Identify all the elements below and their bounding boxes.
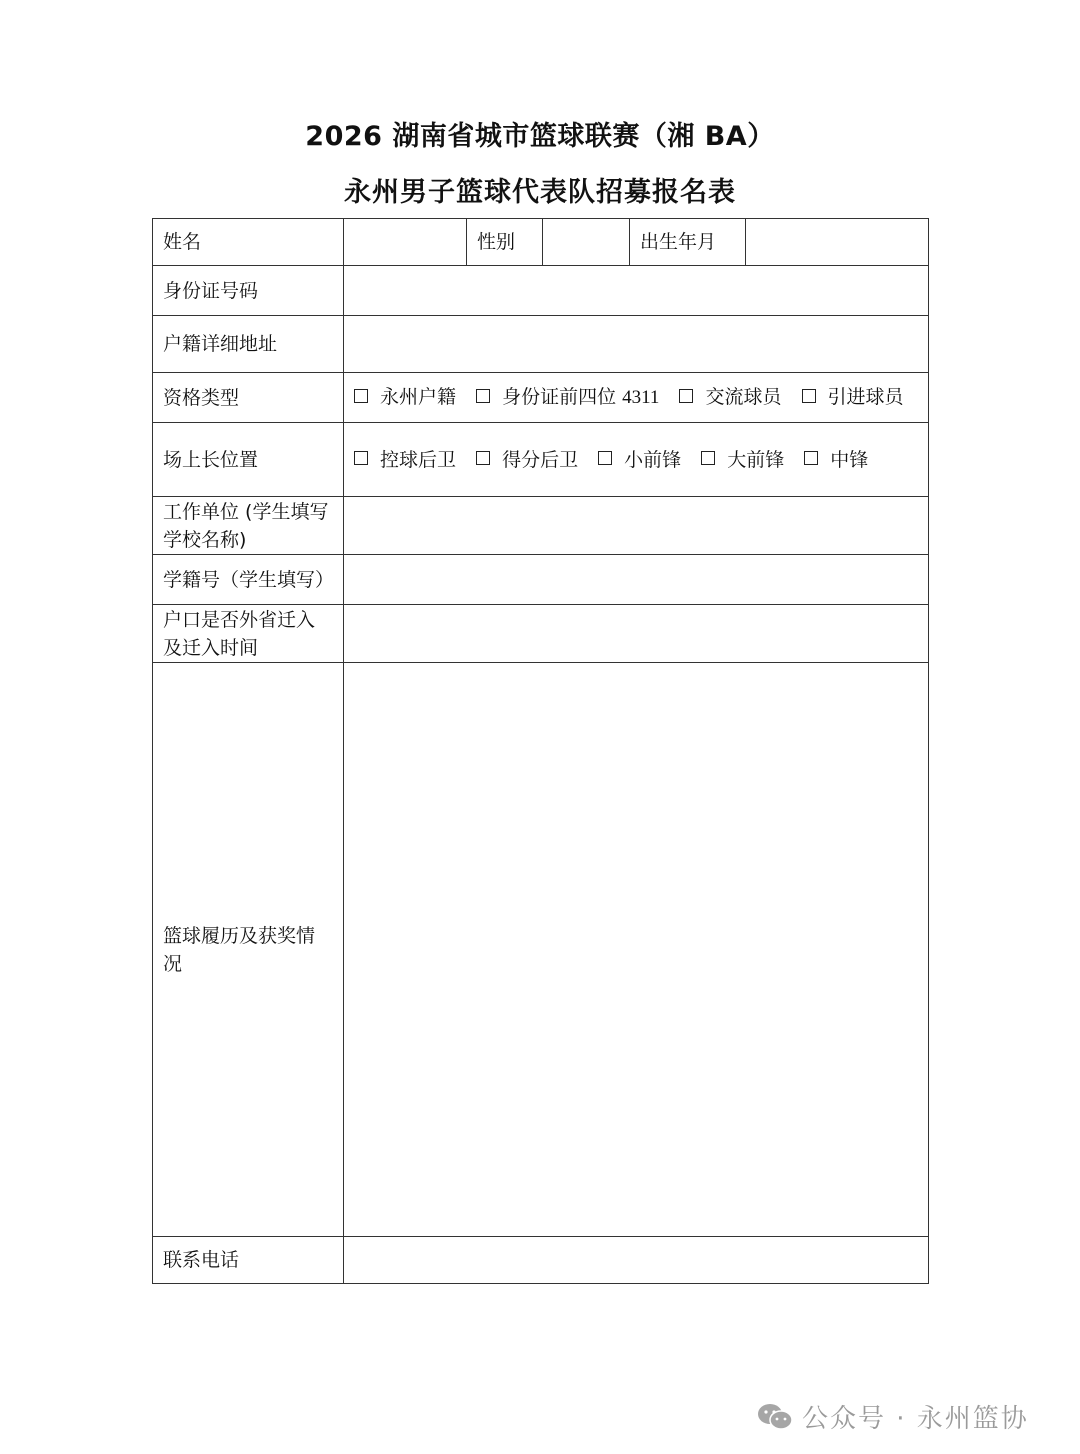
name-field[interactable] [344, 219, 467, 266]
checkbox-icon[interactable] [701, 451, 715, 465]
document-subtitle: 永州男子篮球代表队招募报名表 [0, 170, 1080, 209]
wechat-icon [756, 1402, 794, 1432]
form-row-hukou: 户口是否外省迁入及迁入时间 [153, 605, 929, 663]
registration-form: 姓名 性别 出生年月 身份证号码 户籍详细地址 资格类型 永州户籍 身份证前四位… [152, 218, 929, 1284]
gender-field[interactable] [543, 219, 630, 266]
position-option-pf[interactable]: 大前锋 [701, 449, 784, 471]
employer-label: 工作单位 (学生填写学校名称) [153, 497, 344, 555]
position-label: 场上长位置 [153, 423, 344, 497]
qualification-option-exchange[interactable]: 交流球员 [679, 386, 781, 408]
student-no-field[interactable] [344, 555, 929, 605]
hukou-field[interactable] [344, 605, 929, 663]
position-option-sf[interactable]: 小前锋 [598, 449, 681, 471]
id-number-label: 身份证号码 [153, 266, 344, 316]
gender-label: 性别 [467, 219, 543, 266]
form-row-student-no: 学籍号（学生填写） [153, 555, 929, 605]
student-no-label: 学籍号（学生填写） [153, 555, 344, 605]
position-option-c[interactable]: 中锋 [804, 449, 868, 471]
qualification-option-yongzhou[interactable]: 永州户籍 [354, 386, 456, 408]
qualification-option-id-prefix[interactable]: 身份证前四位 4311 [476, 386, 659, 408]
form-row-position: 场上长位置 控球后卫 得分后卫 小前锋 大前锋 中锋 [153, 423, 929, 497]
birth-label: 出生年月 [630, 219, 746, 266]
qualification-label: 资格类型 [153, 373, 344, 423]
form-row-qualification: 资格类型 永州户籍 身份证前四位 4311 交流球员 引进球员 [153, 373, 929, 423]
birth-field[interactable] [746, 219, 929, 266]
watermark: 公众号 · 永州篮协 [756, 1398, 1029, 1435]
id-number-field[interactable] [344, 266, 929, 316]
document-title: 2026 湖南省城市篮球联赛（湘 BA） [0, 114, 1080, 153]
name-label: 姓名 [153, 219, 344, 266]
employer-field[interactable] [344, 497, 929, 555]
checkbox-icon[interactable] [476, 389, 490, 403]
checkbox-icon[interactable] [804, 451, 818, 465]
checkbox-icon[interactable] [354, 451, 368, 465]
phone-label: 联系电话 [153, 1237, 344, 1284]
checkbox-icon[interactable] [354, 389, 368, 403]
resume-field[interactable] [344, 663, 929, 1237]
address-field[interactable] [344, 316, 929, 373]
watermark-text: 公众号 · 永州篮协 [802, 1398, 1029, 1435]
position-option-sg[interactable]: 得分后卫 [476, 449, 578, 471]
checkbox-icon[interactable] [802, 389, 816, 403]
qualification-options: 永州户籍 身份证前四位 4311 交流球员 引进球员 [344, 373, 929, 423]
form-row-address: 户籍详细地址 [153, 316, 929, 373]
position-options: 控球后卫 得分后卫 小前锋 大前锋 中锋 [344, 423, 929, 497]
form-row-id: 身份证号码 [153, 266, 929, 316]
hukou-label: 户口是否外省迁入及迁入时间 [153, 605, 344, 663]
checkbox-icon[interactable] [598, 451, 612, 465]
address-label: 户籍详细地址 [153, 316, 344, 373]
resume-label: 篮球履历及获奖情况 [153, 663, 344, 1237]
checkbox-icon[interactable] [476, 451, 490, 465]
form-row-resume: 篮球履历及获奖情况 [153, 663, 929, 1237]
qualification-option-imported[interactable]: 引进球员 [802, 386, 904, 408]
phone-field[interactable] [344, 1237, 929, 1284]
form-row-basic-info: 姓名 性别 出生年月 [153, 219, 929, 266]
form-row-employer: 工作单位 (学生填写学校名称) [153, 497, 929, 555]
checkbox-icon[interactable] [679, 389, 693, 403]
form-row-phone: 联系电话 [153, 1237, 929, 1284]
position-option-pg[interactable]: 控球后卫 [354, 449, 456, 471]
